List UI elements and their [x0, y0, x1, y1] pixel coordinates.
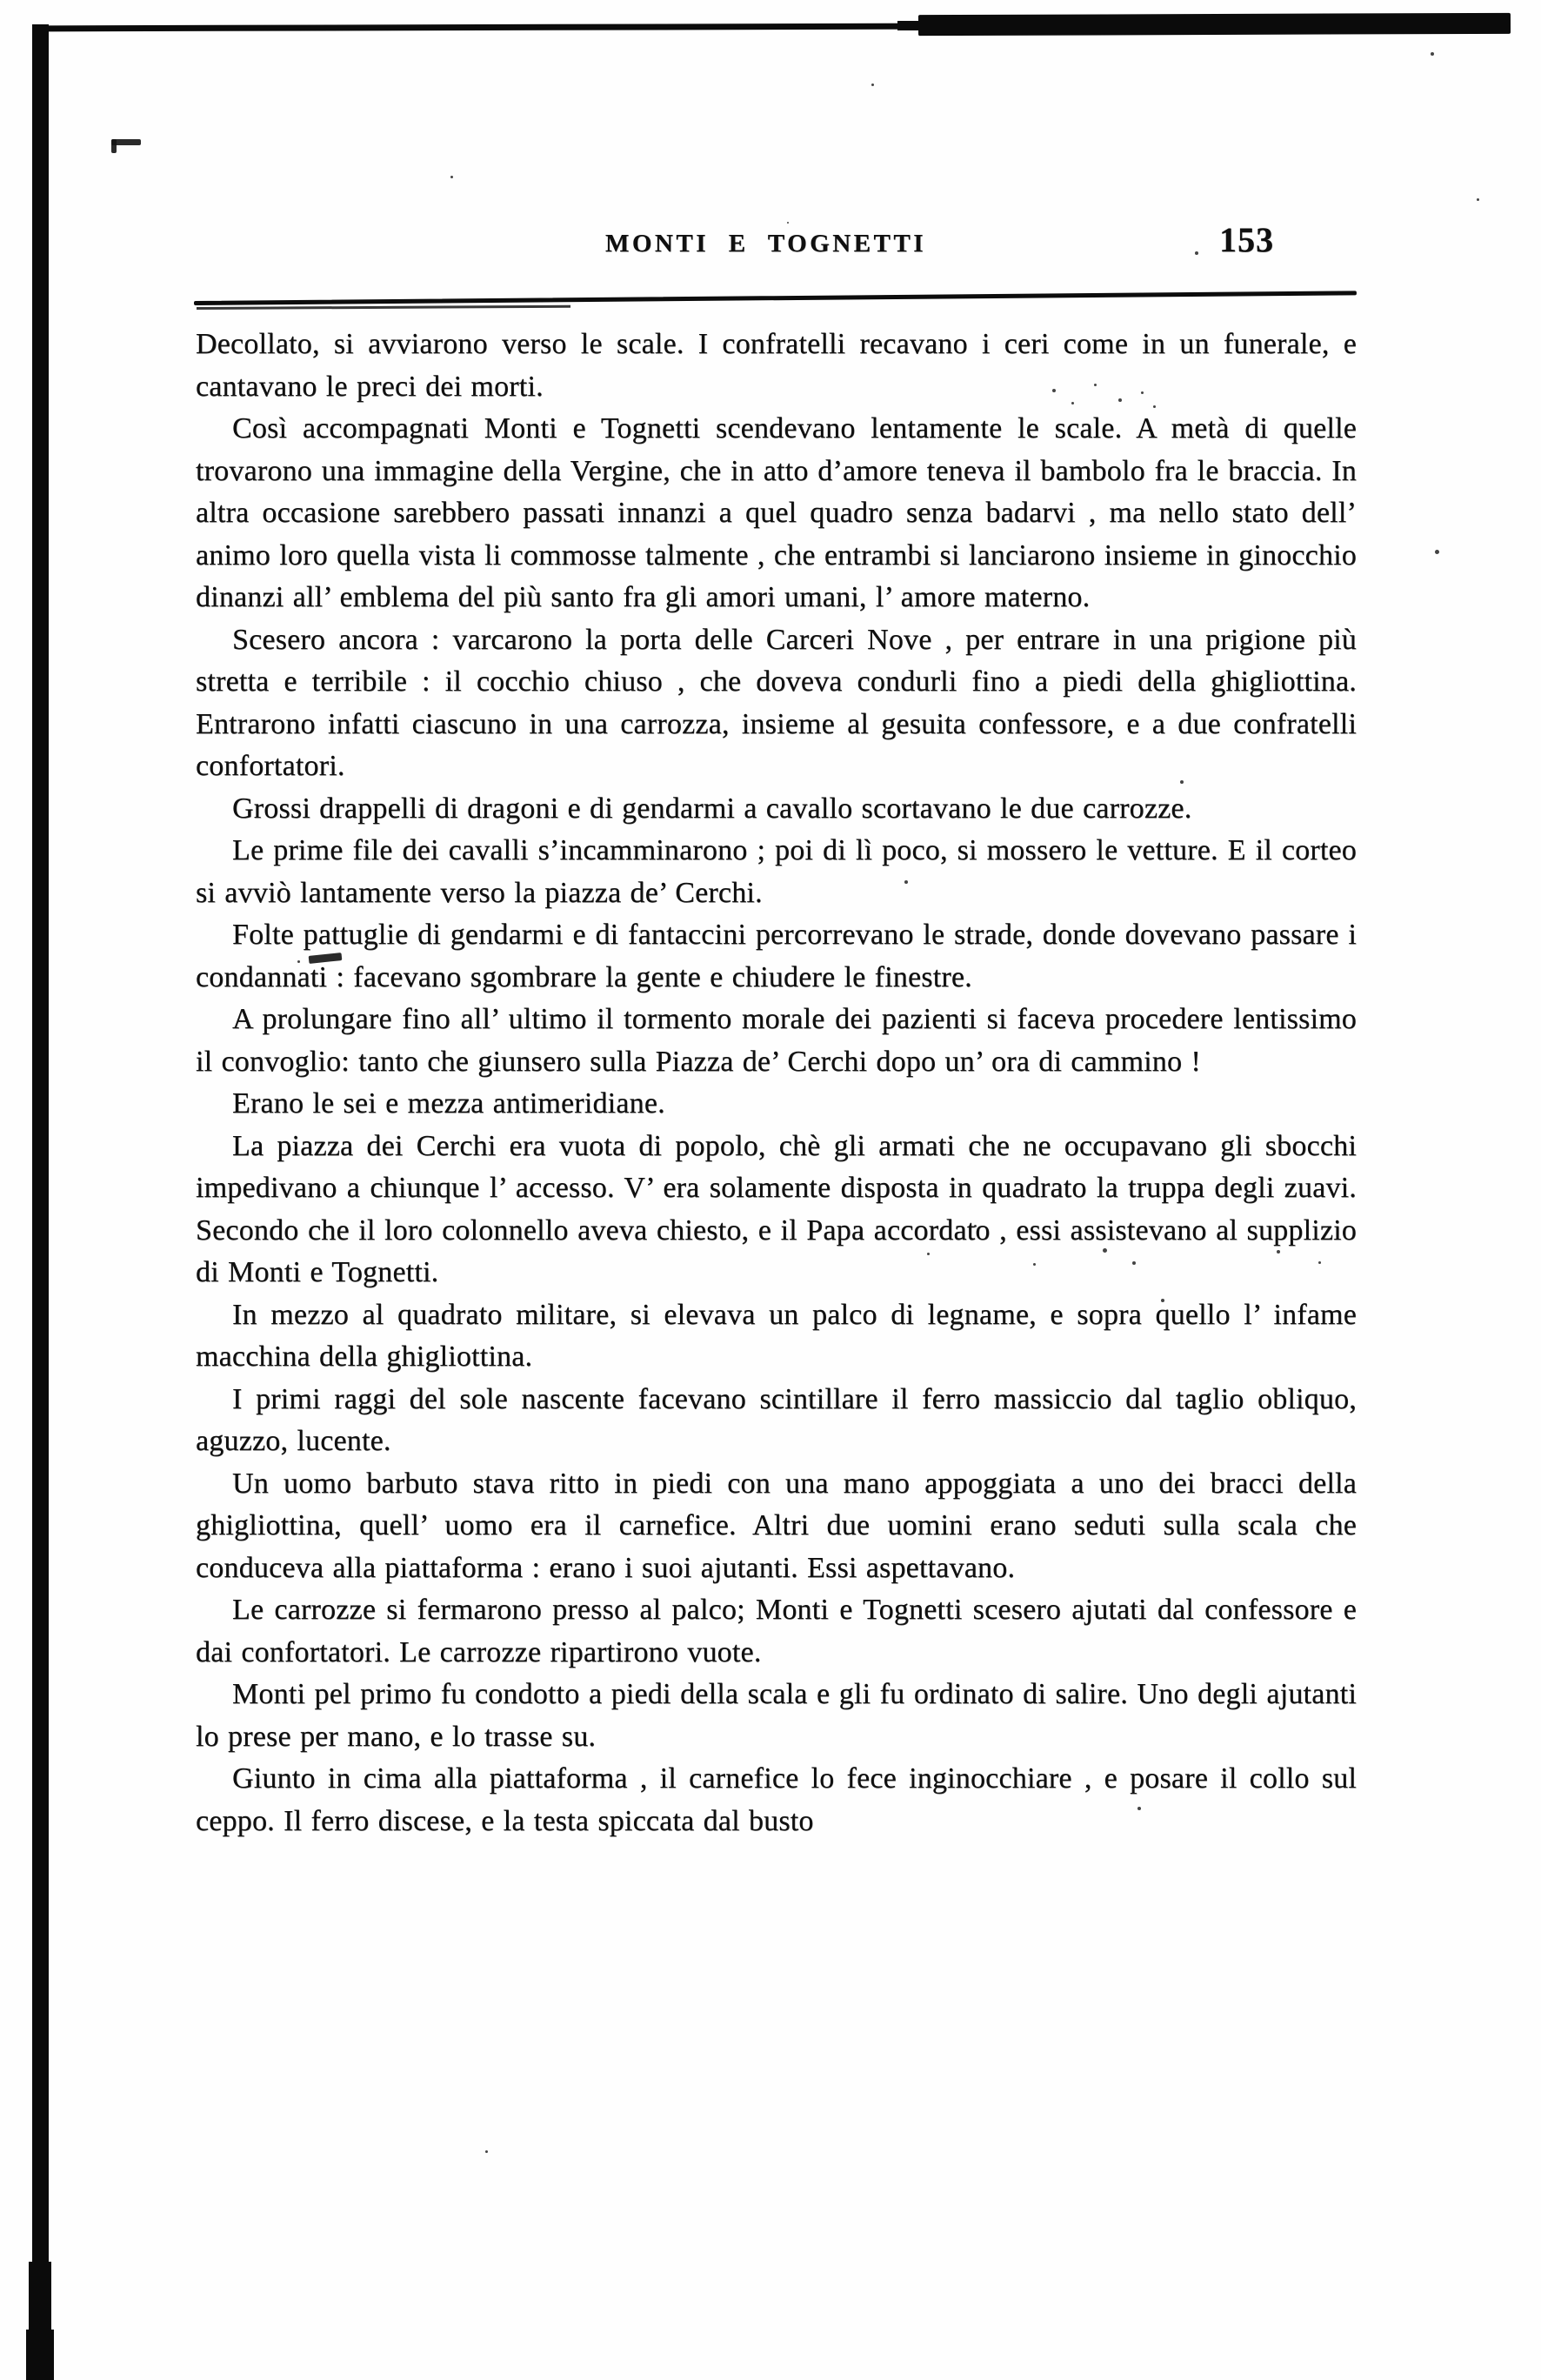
ink-speck	[1103, 1248, 1107, 1253]
ink-speck	[1094, 384, 1097, 386]
page-text: Decollato, si avviarono verso le scale. …	[196, 324, 1357, 1842]
paragraph: In mezzo al quadrato militare, si elevav…	[196, 1294, 1357, 1379]
ink-speck	[871, 84, 874, 86]
ink-speck	[1132, 1261, 1136, 1265]
ink-speck	[1477, 198, 1479, 201]
paragraph: Così accompagnati Monti e Tognetti scend…	[196, 408, 1357, 619]
ink-speck	[485, 2150, 488, 2153]
ink-speck	[1435, 550, 1439, 554]
ink-speck	[1052, 389, 1056, 392]
top-edge-artifact-thick	[918, 13, 1511, 36]
paragraph: La piazza dei Cerchi era vuota di popolo…	[196, 1126, 1357, 1294]
ink-speck	[1118, 398, 1122, 402]
ink-speck	[1071, 402, 1074, 404]
paragraph: Scesero ancora : varcarono la porta dell…	[196, 619, 1357, 788]
page-number: 153	[1219, 219, 1274, 260]
ink-speck	[1033, 1263, 1036, 1266]
paragraph: Un uomo barbuto stava ritto in piedi con…	[196, 1463, 1357, 1590]
ink-speck	[1141, 391, 1144, 394]
header-rule	[194, 291, 1357, 305]
ink-speck	[1195, 251, 1198, 255]
paragraph: Monti pel primo fu condotto a piedi dell…	[196, 1674, 1357, 1758]
left-edge-artifact-corner	[26, 2330, 54, 2380]
ink-speck	[927, 1253, 930, 1255]
running-title: MONTI E TOGNETTI	[605, 230, 926, 258]
top-edge-artifact-step	[897, 21, 939, 30]
ink-smudge	[111, 139, 117, 153]
paragraph: Erano le sei e mezza antimeridiane.	[196, 1083, 1357, 1126]
ink-speck	[450, 176, 453, 178]
ink-speck	[859, 1233, 863, 1237]
paragraph: Le carrozze si fermarono presso al palco…	[196, 1589, 1357, 1674]
left-edge-artifact	[32, 24, 49, 2380]
ink-speck	[1318, 1261, 1321, 1264]
paragraph: Giunto in cima alla piattaforma , il car…	[196, 1758, 1357, 1842]
top-edge-artifact	[47, 23, 929, 32]
paragraph: I primi raggi del sole nascente facevano…	[196, 1379, 1357, 1463]
ink-speck	[974, 1225, 977, 1227]
paragraph: Le prime file dei cavalli s’incamminaron…	[196, 830, 1357, 914]
ink-speck	[1277, 1250, 1280, 1254]
scanned-book-page: MONTI E TOGNETTI 153 Decollato, si avvia…	[0, 0, 1541, 2380]
ink-speck	[1137, 1807, 1141, 1810]
paragraph: Folte pattuglie di gendarmi e di fantacc…	[196, 914, 1357, 999]
ink-speck	[1180, 780, 1184, 784]
ink-speck	[904, 880, 908, 884]
header-rule-fragment	[197, 305, 570, 310]
ink-speck	[787, 222, 789, 224]
ink-speck	[1153, 405, 1156, 408]
ink-speck	[297, 960, 300, 963]
paragraph: A prolungare fino all’ ultimo il torment…	[196, 999, 1357, 1083]
ink-speck	[1431, 52, 1434, 56]
page-header: MONTI E TOGNETTI 153	[196, 224, 1357, 264]
paragraph: Grossi drappelli di dragoni e di gendarm…	[196, 788, 1357, 831]
paragraph: Decollato, si avviarono verso le scale. …	[196, 324, 1357, 408]
ink-speck	[1161, 1299, 1164, 1302]
